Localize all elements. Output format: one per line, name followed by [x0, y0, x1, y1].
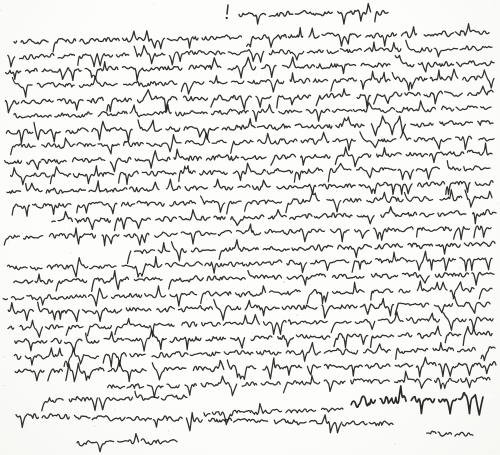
paper-speckle	[445, 302, 446, 303]
paper-speckle	[264, 225, 265, 226]
handwriting-heading-line	[239, 4, 388, 25]
handwriting-line	[15, 326, 492, 352]
paper-speckle	[15, 181, 16, 182]
handwriting-line	[128, 240, 496, 264]
handwriting-line	[5, 143, 492, 172]
paper-speckle	[168, 430, 170, 432]
paper-speckle	[394, 443, 395, 444]
paper-speckle	[100, 169, 102, 171]
paper-speckle	[308, 384, 309, 385]
paper-speckle	[493, 271, 494, 272]
handwriting-line	[108, 371, 490, 397]
paper-speckle	[244, 289, 246, 291]
paper-speckle	[307, 308, 309, 310]
exclamation-mark	[227, 5, 228, 14]
paper-speckle	[243, 414, 245, 416]
paper-speckle	[308, 377, 309, 378]
paper-speckle	[200, 411, 201, 412]
paper-speckle	[230, 224, 231, 225]
paper-speckle	[247, 286, 248, 287]
paper-speckle	[489, 28, 490, 29]
handwriting-line	[12, 190, 492, 217]
handwriting-line	[14, 343, 495, 368]
handwriting-line	[12, 69, 494, 97]
paper-speckle	[7, 401, 8, 402]
handwriting-line	[8, 297, 490, 322]
handwriting-line	[5, 86, 493, 113]
paper-speckle	[256, 73, 257, 74]
paper-speckle	[82, 157, 83, 158]
handwriting-line	[14, 101, 491, 122]
handwriting-line	[11, 161, 490, 185]
paper-speckle	[384, 318, 385, 319]
paper-speckle	[74, 118, 76, 120]
paper-speckle	[312, 25, 313, 26]
paper-speckle	[234, 237, 236, 239]
paper-speckle	[4, 385, 5, 386]
paper-speckle	[80, 112, 81, 113]
handwriting-line	[3, 281, 492, 306]
paper-speckle	[490, 451, 491, 452]
paper-speckle	[93, 144, 94, 145]
paper-speckle	[385, 341, 386, 342]
handwriting-line	[77, 434, 177, 452]
paper-speckle	[493, 4, 494, 5]
paper-speckle	[491, 169, 492, 170]
paper-speckle	[265, 135, 266, 136]
paper-speckle	[114, 408, 116, 410]
paper-speckle	[149, 377, 150, 378]
handwriting-line	[4, 224, 491, 246]
paper-speckle	[336, 191, 337, 192]
manuscript-page	[0, 0, 500, 455]
paper-speckle	[376, 376, 377, 377]
handwriting-line	[8, 251, 493, 277]
handwriting-line	[52, 207, 496, 231]
paper-speckle	[69, 229, 71, 231]
paper-speckle	[208, 108, 209, 109]
handwriting-svg	[0, 0, 500, 455]
signature-flourish	[351, 386, 483, 415]
paper-speckle	[493, 392, 494, 393]
paper-speckle	[71, 252, 72, 253]
paper-speckle	[3, 356, 4, 357]
exclamation-dot	[226, 17, 228, 19]
handwriting-line	[427, 431, 473, 436]
paper-speckle	[25, 425, 26, 426]
paper-speckle	[228, 262, 229, 263]
paper-speckle	[125, 45, 126, 46]
paper-speckle	[416, 289, 417, 290]
paper-speckle	[284, 182, 285, 183]
paper-speckle	[283, 281, 285, 283]
handwriting-line	[11, 131, 494, 154]
paper-speckle	[481, 236, 482, 237]
paper-speckle	[459, 267, 461, 269]
paper-speckle	[391, 355, 392, 356]
paper-speckle	[369, 21, 370, 22]
paper-speckle	[45, 363, 46, 364]
paper-speckle	[131, 223, 133, 225]
paper-speckle	[4, 265, 5, 266]
handwriting-line	[15, 357, 496, 381]
paper-speckle	[0, 9, 1, 10]
paper-speckle	[168, 131, 170, 133]
handwriting-line	[6, 116, 493, 143]
paper-speckle	[100, 45, 101, 46]
handwriting-line	[14, 24, 489, 52]
paper-speckle	[473, 146, 474, 147]
handwriting-line	[7, 179, 493, 194]
paper-speckle	[145, 262, 146, 263]
paper-speckle	[297, 314, 299, 316]
paper-speckle	[60, 61, 61, 62]
paper-speckle	[8, 240, 9, 241]
paper-speckle	[94, 426, 95, 427]
handwriting-line	[42, 391, 187, 411]
paper-speckle	[337, 176, 338, 177]
paper-speckle	[206, 299, 208, 301]
paper-speckle	[173, 88, 174, 89]
paper-speckle	[200, 395, 201, 396]
paper-speckle	[153, 3, 155, 5]
paper-speckle	[465, 69, 466, 70]
paper-speckle	[498, 203, 499, 204]
